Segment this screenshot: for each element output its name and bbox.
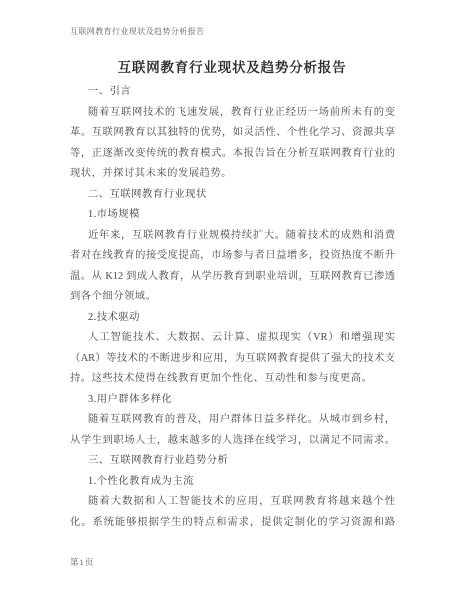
paragraph-line: 持。这些技术使得在线教育更加个性化、互动性和参与度更高。: [70, 369, 395, 390]
paragraph-line: 人工智能技术、大数据、云计算、虚拟现实（VR）和增强现实: [70, 328, 395, 349]
sub-heading: 1.个性化教育成为主流: [70, 472, 395, 493]
paragraph-line: 现状，并探讨其未来的发展趋势。: [70, 164, 395, 185]
paragraph-line: 近年来，互联网教育行业规模持续扩大。随着技术的成熟和消费: [70, 226, 395, 247]
paragraph-line: 到各个细分领域。: [70, 287, 395, 308]
section-heading: 二、互联网教育行业现状: [70, 185, 395, 206]
paragraph-line: 随着互联网教育的普及，用户群体日益多样化。从城市到乡村，: [70, 410, 395, 431]
paragraph-line: 等，正逐渐改变传统的教育模式。本报告旨在分析互联网教育行业的: [70, 144, 395, 165]
paragraph-line: 温。从 K12 到成人教育，从学历教育到职业培训，互联网教育已渗透: [70, 267, 395, 288]
sub-heading: 1.市场规模: [70, 205, 395, 226]
document-body: 一、引言随着互联网技术的飞速发展，教育行业正经历一场前所未有的变革。互联网教育以…: [70, 82, 395, 533]
paragraph-line: 随着互联网技术的飞速发展，教育行业正经历一场前所未有的变: [70, 103, 395, 124]
running-header: 互联网教育行业现状及趋势分析报告: [70, 26, 395, 37]
paragraph-line: 随着大数据和人工智能技术的应用，互联网教育将越来越个性: [70, 492, 395, 513]
document-page: 互联网教育行业现状及趋势分析报告 互联网教育行业现状及趋势分析报告 一、引言随着…: [0, 0, 463, 600]
sub-heading: 3.用户群体多样化: [70, 390, 395, 411]
section-heading: 一、引言: [70, 82, 395, 103]
document-title: 互联网教育行业现状及趋势分析报告: [69, 56, 395, 76]
paragraph-line: （AR）等技术的不断进步和应用，为互联网教育提供了强大的技术支: [70, 349, 395, 370]
paragraph-line: 革。互联网教育以其独特的优势，如灵活性、个性化学习、资源共享: [70, 123, 395, 144]
sub-heading: 2.技术驱动: [70, 308, 395, 329]
paragraph-line: 者对在线教育的接受度提高，市场参与者日益增多，投资热度不断升: [70, 246, 395, 267]
section-heading: 三、互联网教育行业趋势分析: [70, 451, 395, 472]
paragraph-line: 从学生到职场人士，越来越多的人选择在线学习，以满足不同需求。: [70, 431, 395, 452]
page-number: 第1页: [70, 556, 94, 568]
paragraph-line: 化。系统能够根据学生的特点和需求，提供定制化的学习资源和路: [70, 513, 395, 534]
